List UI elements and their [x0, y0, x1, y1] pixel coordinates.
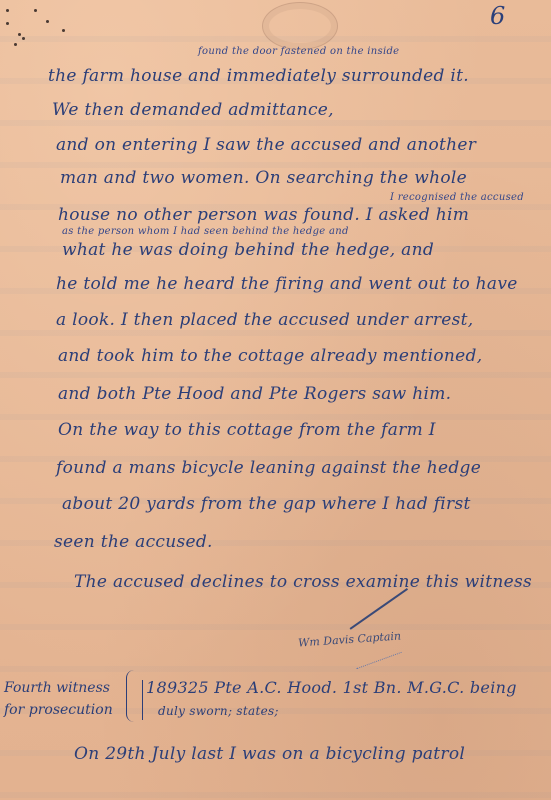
- punch-hole: [6, 22, 9, 25]
- signature: Wm Davis Captain: [298, 629, 402, 649]
- text-line: and took him to the cottage already ment…: [58, 346, 482, 366]
- signature-dash: [356, 652, 401, 669]
- text-line: about 20 yards from the gap where I had …: [62, 494, 471, 514]
- witness-line: 189325 Pte A.C. Hood. 1st Bn. M.G.C. bei…: [146, 678, 517, 697]
- insertion-note: as the person whom I had seen behind the…: [62, 226, 349, 237]
- punch-hole: [14, 43, 17, 46]
- brace: [136, 680, 143, 720]
- signature-flourish: [350, 588, 408, 629]
- punch-hole: [46, 20, 49, 23]
- text-line: On the way to this cottage from the farm…: [58, 420, 436, 440]
- punch-hole: [6, 9, 9, 12]
- text-line: what he was doing behind the hedge, and: [62, 240, 434, 260]
- punch-hole: [22, 37, 25, 40]
- page-number: 6: [490, 2, 505, 30]
- sworn-line: duly sworn; states;: [158, 704, 279, 718]
- text-line: We then demanded admittance,: [52, 100, 334, 120]
- text-line: a look. I then placed the accused under …: [56, 310, 474, 330]
- margin-note-line: Fourth witness: [4, 677, 113, 699]
- embossed-crest: [262, 2, 338, 50]
- text-line: seen the accused.: [54, 532, 213, 552]
- text-line: and both Pte Hood and Pte Rogers saw him…: [58, 384, 451, 404]
- text-line: the farm house and immediately surrounde…: [48, 66, 469, 86]
- text-line: house no other person was found. I asked…: [58, 205, 469, 225]
- text-line: On 29th July last I was on a bicycling p…: [74, 744, 465, 764]
- margin-note-line: for prosecution: [4, 699, 113, 721]
- margin-note: Fourth witness for prosecution: [4, 677, 113, 721]
- text-line: he told me he heard the firing and went …: [56, 274, 518, 294]
- punch-hole: [34, 9, 37, 12]
- document-page: 6 found the door fastened on the inside …: [0, 0, 551, 800]
- text-line: and on entering I saw the accused and an…: [56, 135, 476, 155]
- punch-hole: [62, 29, 65, 32]
- text-line: The accused declines to cross examine th…: [74, 572, 532, 592]
- text-line: man and two women. On searching the whol…: [60, 168, 467, 188]
- insertion-note: found the door fastened on the inside: [198, 46, 399, 57]
- insertion-note: I recognised the accused: [390, 192, 524, 203]
- text-line: found a mans bicycle leaning against the…: [56, 458, 481, 478]
- punch-hole: [18, 33, 21, 36]
